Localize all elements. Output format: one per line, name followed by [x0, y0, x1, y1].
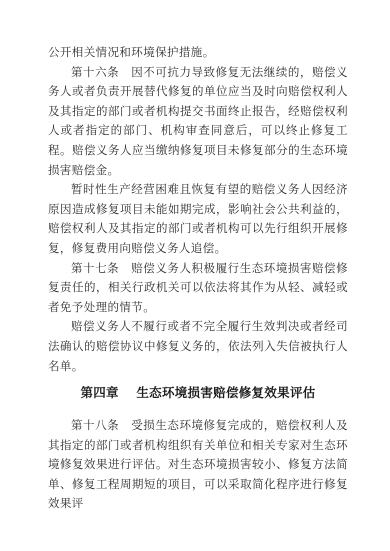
paragraph-continuation: 公开相关情况和环境保护措施。 — [48, 44, 348, 64]
document-content: 公开相关情况和环境保护措施。第十六条 因不可抗力导致修复无法继续的，赔偿义务人或… — [48, 44, 348, 515]
document-page: 公开相关情况和环境保护措施。第十六条 因不可抗力导致修复无法继续的，赔偿义务人或… — [0, 0, 390, 551]
paragraph: 第十八条 受损生态环境修复完成的，赔偿权利人及其指定的部门或者机构组织有关单位和… — [48, 417, 348, 515]
paragraph: 暂时性生产经营困难且恢复有望的赔偿义务人因经济原因造成修复项目未能如期完成，影响… — [48, 181, 348, 259]
paragraph: 第十六条 因不可抗力导致修复无法继续的，赔偿义务人或者负责开展替代修复的单位应当… — [48, 64, 348, 182]
chapter-title: 生态环境损害赔偿修复效果评估 — [136, 386, 315, 400]
paragraph: 赔偿义务人不履行或者不完全履行生效判决或者经司法确认的赔偿协议中修复义务的，依法… — [48, 318, 348, 377]
chapter-number: 第四章 — [80, 386, 118, 400]
paragraph: 第十七条 赔偿义务人积极履行生态环境损害赔偿修复责任的，相关行政机关可以依法将其… — [48, 260, 348, 319]
chapter-heading: 第四章生态环境损害赔偿修复效果评估 — [48, 383, 348, 403]
